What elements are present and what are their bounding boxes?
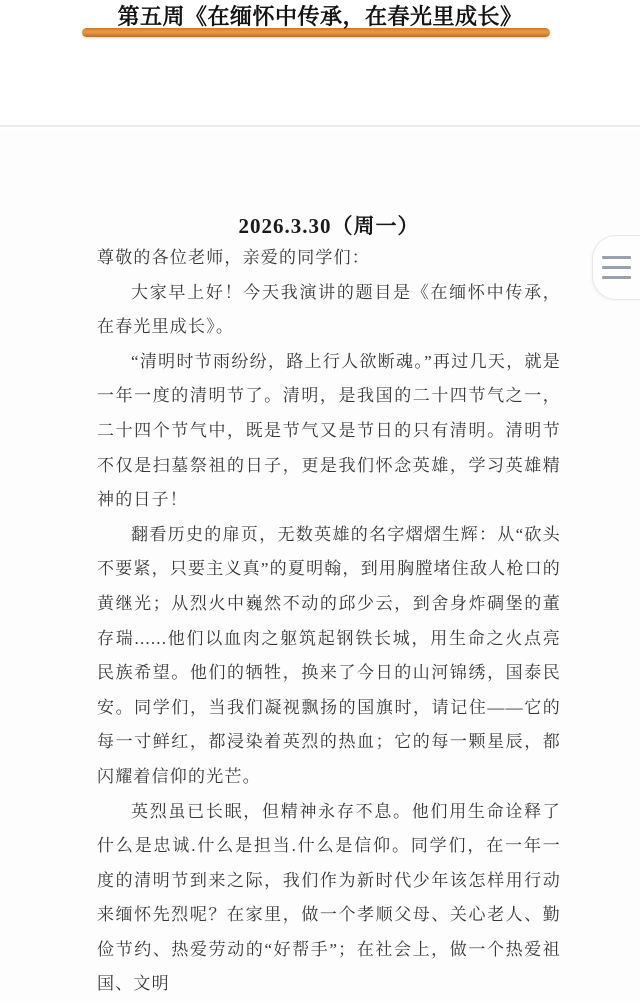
hamburger-bar <box>602 276 631 279</box>
speech-paragraph: 大家早上好！今天我演讲的题目是《在缅怀中传承，在春光里成长》。 <box>97 276 561 345</box>
speech-paragraph-greeting: 尊敬的各位老师，亲爱的同学们： <box>97 241 561 276</box>
hamburger-bar <box>602 266 631 269</box>
hamburger-icon <box>602 256 631 279</box>
speech-paragraph: 翻看历史的扉页，无数英雄的名字熠熠生辉：从“砍头不要紧，只要主义真”的夏明翰，到… <box>97 518 561 795</box>
document-page: 2026.3.30（周一） 尊敬的各位老师，亲爱的同学们： 大家早上好！今天我演… <box>97 213 561 1001</box>
speech-paragraph: “清明时节雨纷纷，路上行人欲断魂。”再过几天，就是一年一度的清明节了。清明，是我… <box>97 345 561 518</box>
hamburger-bar <box>602 256 631 259</box>
document-viewer: 2026.3.30（周一） 尊敬的各位老师，亲爱的同学们： 大家早上好！今天我演… <box>0 129 640 1001</box>
page-title: 第五周《在缅怀中传承，在春光里成长》 <box>117 3 522 31</box>
date-heading: 2026.3.30（周一） <box>97 213 561 239</box>
header-bar: 第五周《在缅怀中传承，在春光里成长》 <box>0 0 640 127</box>
title-wrap: 第五周《在缅怀中传承，在春光里成长》 <box>117 3 522 31</box>
speech-paragraph: 英烈虽已长眠，但精神永存不息。他们用生命诠释了什么是忠诚.什么是担当.什么是信仰… <box>97 795 561 1001</box>
menu-tab[interactable] <box>592 235 640 300</box>
